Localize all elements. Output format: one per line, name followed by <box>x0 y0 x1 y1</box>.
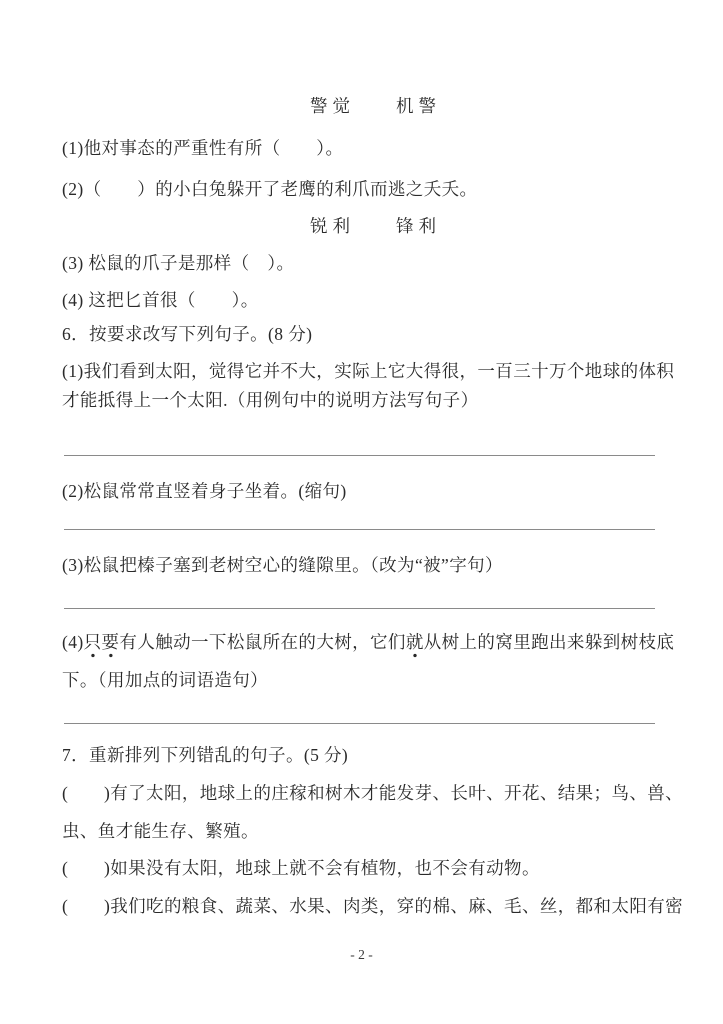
question6-item4-emphasized-word1: 只要 <box>84 632 120 658</box>
word-bank1-word2: 机警 <box>396 95 441 118</box>
answer-blank-line-3 <box>64 608 655 609</box>
fill-item-2: (2)（ ）的小白兔躲开了老鹰的利爪而逃之夭夭。 <box>62 178 477 201</box>
question7-title: 7．重新排列下列错乱的句子。(5 分) <box>62 744 348 767</box>
fill-item-1: (1)他对事态的严重性有所（ ）。 <box>62 137 343 160</box>
answer-blank-line-2 <box>64 529 655 530</box>
question7-item3: ( )我们吃的粮食、蔬菜、水果、肉类，穿的棉、麻、毛、丝，都和太阳有密 <box>62 895 683 918</box>
word-bank2-word1: 锐利 <box>310 215 355 238</box>
page-number: - 2 - <box>0 946 723 964</box>
question6-item1-line2: 才能抵得上一个太阳.（用例句中的说明方法写句子） <box>62 389 478 412</box>
word-bank2-word2: 锋利 <box>396 215 441 238</box>
question7-item1-line2: 虫、鱼才能生存、繁殖。 <box>62 820 259 843</box>
question7-item2: ( )如果没有太阳，地球上就不会有植物，也不会有动物。 <box>62 857 540 880</box>
fill-item-3: (3) 松鼠的爪子是那样（ ）。 <box>62 252 294 275</box>
question6-item2: (2)松鼠常常直竖着身子坐着。(缩句) <box>62 480 347 503</box>
worksheet-page: 警觉 机警 (1)他对事态的严重性有所（ ）。 (2)（ ）的小白兔躲开了老鹰的… <box>0 0 723 1024</box>
question6-item4-emphasized-word2: 就 <box>406 632 424 658</box>
question6-title: 6．按要求改写下列句子。(8 分) <box>62 323 312 346</box>
question6-item4-line1: (4)只要有人触动一下松鼠所在的大树，它们就从树上的窝里跑出来躲到树枝底 <box>62 631 674 654</box>
fill-item-4: (4) 这把匕首很（ ）。 <box>62 289 259 312</box>
question7-item1-line1: ( )有了太阳，地球上的庄稼和树木才能发芽、长叶、开花、结果；鸟、兽、 <box>62 782 683 805</box>
question6-item4-prefix: (4) <box>62 632 84 652</box>
question6-item4-tail: 从树上的窝里跑出来躲到树枝底 <box>424 632 675 652</box>
word-bank1-word1: 警觉 <box>310 95 355 118</box>
answer-blank-line-4 <box>64 723 655 724</box>
question6-item4-line2: 下。（用加点的词语造句） <box>62 669 268 692</box>
question6-item1-line1: (1)我们看到太阳，觉得它并不大，实际上它大得很，一百三十万个地球的体积 <box>62 360 674 383</box>
answer-blank-line-1 <box>64 455 655 456</box>
question6-item3: (3)松鼠把榛子塞到老树空心的缝隙里。（改为“被”字句） <box>62 554 503 577</box>
question6-item4-middle: 有人触动一下松鼠所在的大树，它们 <box>119 632 405 652</box>
